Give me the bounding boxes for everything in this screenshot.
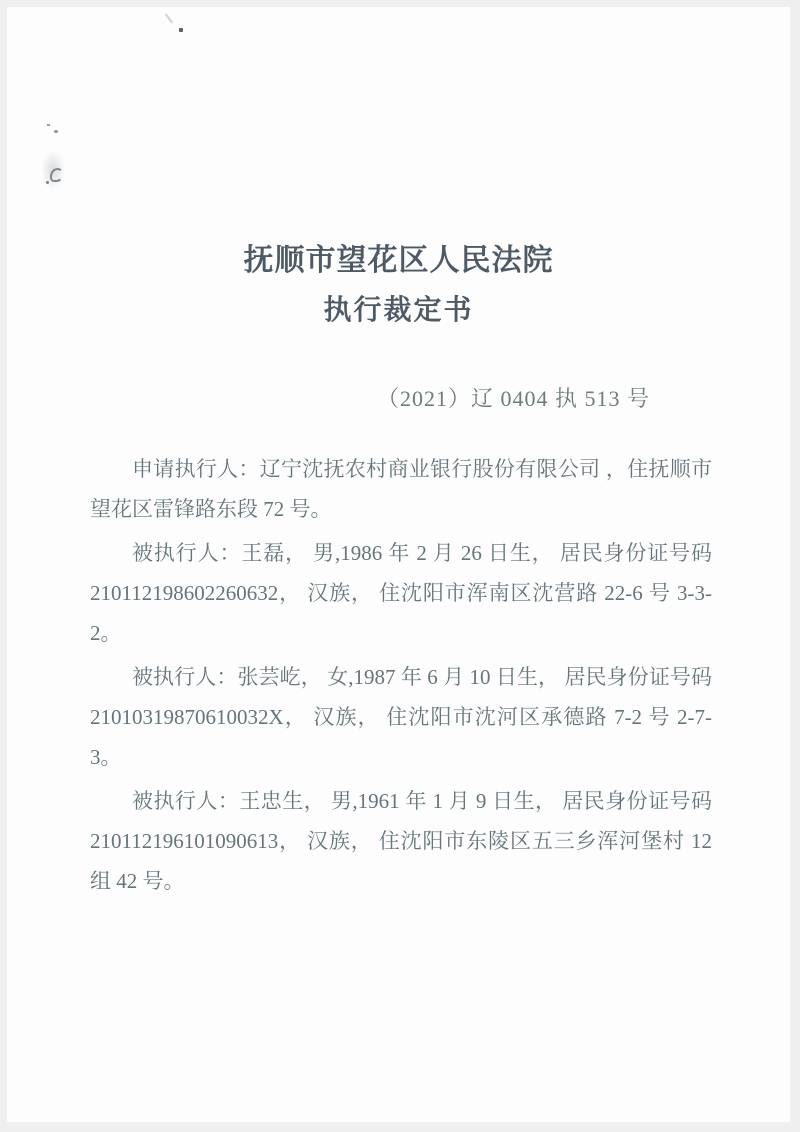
- court-name-title: 抚顺市望花区人民法院: [7, 235, 790, 287]
- document-header: 抚顺市望花区人民法院 执行裁定书: [7, 235, 790, 335]
- paragraph-applicant: 申请执行人：辽宁沈抚农村商业银行股份有限公司 ，住抚顺市望花区雷锋路东段 72 …: [90, 449, 712, 529]
- paragraph-respondent-3: 被执行人：王忠生， 男,1961 年 1 月 9 日生， 居民身份证号码 210…: [90, 781, 712, 901]
- document-page: 抚顺市望花区人民法院 执行裁定书 （2021）辽 0404 执 513 号 申请…: [7, 7, 790, 1122]
- case-number: （2021）辽 0404 执 513 号: [7, 379, 790, 419]
- scan-smudge: [41, 150, 65, 190]
- scanned-document-background: { "document": { "court_name": "抚顺市望花区人民法…: [0, 0, 800, 1132]
- paragraph-respondent-2: 被执行人：张芸屹， 女,1987 年 6 月 10 日生， 居民身份证号码 21…: [90, 657, 712, 777]
- scan-speck: [54, 130, 58, 133]
- scan-speck: [179, 28, 183, 32]
- scan-speck: [47, 124, 50, 126]
- document-type-title: 执行裁定书: [7, 287, 790, 335]
- scan-smudge: [50, 168, 63, 182]
- paragraph-respondent-1: 被执行人：王磊， 男,1986 年 2 月 26 日生， 居民身份证号码 210…: [90, 533, 712, 653]
- scan-speck: [46, 181, 49, 184]
- scan-speck: [165, 14, 173, 24]
- document-body: 申请执行人：辽宁沈抚农村商业银行股份有限公司 ，住抚顺市望花区雷锋路东段 72 …: [90, 449, 712, 901]
